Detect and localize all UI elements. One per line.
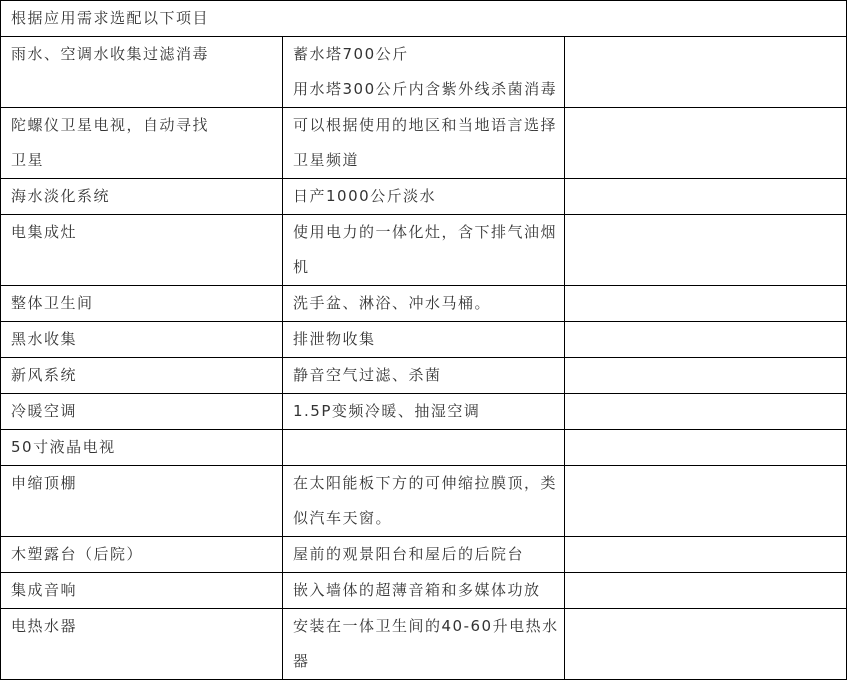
item-cell: 申缩顶棚 <box>1 466 283 537</box>
options-table: 根据应用需求选配以下项目 雨水、空调水收集过滤消毒 蓄水塔700公斤 用水塔30… <box>0 0 847 662</box>
note-cell <box>565 537 847 573</box>
desc-line: 在太阳能板下方的可伸缩拉膜顶，类 <box>293 466 564 501</box>
desc-cell <box>283 430 565 466</box>
table-row: 新风系统 静音空气过滤、杀菌 <box>1 358 847 394</box>
item-cell: 陀螺仪卫星电视，自动寻找 卫星 <box>1 108 283 179</box>
table-row: 海水淡化系统 日产1000公斤淡水 <box>1 179 847 215</box>
item-cell: 整体卫生间 <box>1 286 283 322</box>
table-row: 整体卫生间 洗手盆、淋浴、冲水马桶。 <box>1 286 847 322</box>
item-cell: 电集成灶 <box>1 215 283 286</box>
desc-cell: 可以根据使用的地区和当地语言选择 卫星频道 <box>283 108 565 179</box>
table-row: 冷暖空调 1.5P变频冷暖、抽湿空调 <box>1 394 847 430</box>
desc-cell: 1.5P变频冷暖、抽湿空调 <box>283 394 565 430</box>
item-cell: 集成音响 <box>1 573 283 609</box>
desc-line: 似汽车天窗。 <box>293 501 564 536</box>
desc-line: 安装在一体卫生间的40-60升电热水 <box>293 609 564 644</box>
item-cell: 新风系统 <box>1 358 283 394</box>
desc-cell: 蓄水塔700公斤 用水塔300公斤内含紫外线杀菌消毒 <box>283 37 565 108</box>
item-cell: 黑水收集 <box>1 322 283 358</box>
note-cell <box>565 179 847 215</box>
note-cell <box>565 37 847 108</box>
desc-line: 机 <box>293 250 564 285</box>
desc-cell: 屋前的观景阳台和屋后的后院台 <box>283 537 565 573</box>
item-cell: 海水淡化系统 <box>1 179 283 215</box>
table-row: 黑水收集 排泄物收集 <box>1 322 847 358</box>
desc-line: 卫星频道 <box>293 143 564 178</box>
table-row: 木塑露台（后院） 屋前的观景阳台和屋后的后院台 <box>1 537 847 573</box>
desc-cell: 静音空气过滤、杀菌 <box>283 358 565 394</box>
desc-cell: 日产1000公斤淡水 <box>283 179 565 215</box>
table-row: 雨水、空调水收集过滤消毒 蓄水塔700公斤 用水塔300公斤内含紫外线杀菌消毒 <box>1 37 847 108</box>
note-cell <box>565 322 847 358</box>
table-row: 集成音响 嵌入墙体的超薄音箱和多媒体功放 <box>1 573 847 609</box>
desc-line: 蓄水塔700公斤 <box>293 37 564 72</box>
table-row: 电热水器 安装在一体卫生间的40-60升电热水 器 <box>1 609 847 663</box>
table-row: 50寸液晶电视 <box>1 430 847 466</box>
desc-line: 使用电力的一体化灶，含下排气油烟 <box>293 215 564 250</box>
table-row: 陀螺仪卫星电视，自动寻找 卫星 可以根据使用的地区和当地语言选择 卫星频道 <box>1 108 847 179</box>
desc-cell: 使用电力的一体化灶，含下排气油烟 机 <box>283 215 565 286</box>
desc-cell: 安装在一体卫生间的40-60升电热水 器 <box>283 609 565 663</box>
desc-cell: 在太阳能板下方的可伸缩拉膜顶，类 似汽车天窗。 <box>283 466 565 537</box>
note-cell <box>565 358 847 394</box>
note-cell <box>565 286 847 322</box>
item-cell: 木塑露台（后院） <box>1 537 283 573</box>
desc-cell: 嵌入墙体的超薄音箱和多媒体功放 <box>283 573 565 609</box>
item-cell: 电热水器 <box>1 609 283 663</box>
item-line: 陀螺仪卫星电视，自动寻找 <box>11 108 282 143</box>
note-cell <box>565 430 847 466</box>
table-row: 申缩顶棚 在太阳能板下方的可伸缩拉膜顶，类 似汽车天窗。 <box>1 466 847 537</box>
note-cell <box>565 573 847 609</box>
table-row: 电集成灶 使用电力的一体化灶，含下排气油烟 机 <box>1 215 847 286</box>
note-cell <box>565 108 847 179</box>
desc-cell: 洗手盆、淋浴、冲水马桶。 <box>283 286 565 322</box>
item-cell: 雨水、空调水收集过滤消毒 <box>1 37 283 108</box>
note-cell <box>565 394 847 430</box>
desc-line: 器 <box>293 644 564 662</box>
item-line: 卫星 <box>11 143 282 178</box>
table-header-row: 根据应用需求选配以下项目 <box>1 1 847 37</box>
table-header: 根据应用需求选配以下项目 <box>1 1 847 37</box>
note-cell <box>565 609 847 663</box>
desc-cell: 排泄物收集 <box>283 322 565 358</box>
item-cell: 冷暖空调 <box>1 394 283 430</box>
note-cell <box>565 466 847 537</box>
desc-line: 用水塔300公斤内含紫外线杀菌消毒 <box>293 72 564 107</box>
item-cell: 50寸液晶电视 <box>1 430 283 466</box>
desc-line: 可以根据使用的地区和当地语言选择 <box>293 108 564 143</box>
note-cell <box>565 215 847 286</box>
